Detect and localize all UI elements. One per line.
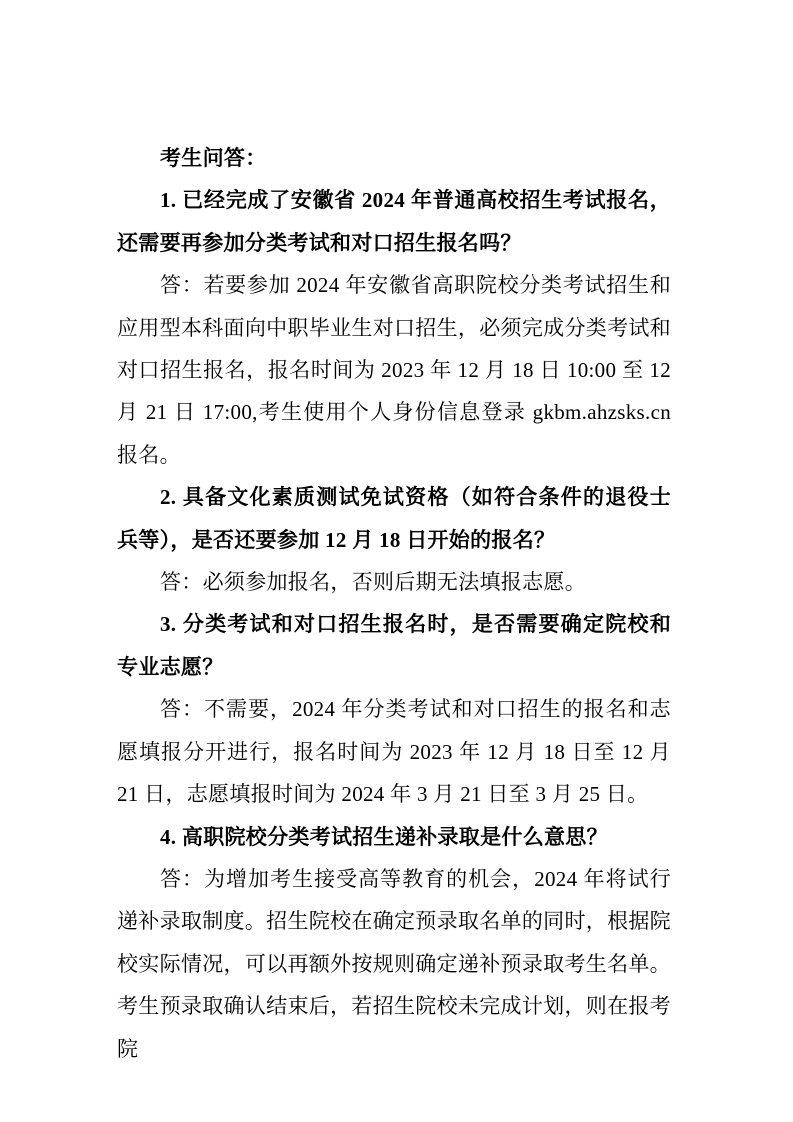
question-3: 3. 分类考试和对口招生报名时，是否需要确定院校和专业志愿？ <box>117 603 671 688</box>
answer-2: 答：必须参加报名，否则后期无法填报志愿。 <box>117 561 671 603</box>
question-4: 4. 高职院校分类考试招生递补录取是什么意思？ <box>117 816 671 858</box>
document-page: 考生问答： 1. 已经完成了安徽省 2024 年普通高校招生考试报名，还需要再参… <box>0 0 793 1122</box>
doc-title: 考生问答： <box>117 137 671 179</box>
question-1: 1. 已经完成了安徽省 2024 年普通高校招生考试报名，还需要再参加分类考试和… <box>117 179 671 264</box>
answer-3: 答：不需要，2024 年分类考试和对口招生的报名和志愿填报分开进行，报名时间为 … <box>117 688 671 815</box>
question-2: 2. 具备文化素质测试免试资格（如符合条件的退役士兵等），是否还要参加 12 月… <box>117 476 671 561</box>
answer-4: 答：为增加考生接受高等教育的机会，2024 年将试行递补录取制度。招生院校在确定… <box>117 858 671 1070</box>
document-content: 考生问答： 1. 已经完成了安徽省 2024 年普通高校招生考试报名，还需要再参… <box>117 137 671 1070</box>
answer-1: 答：若要参加 2024 年安徽省高职院校分类考试招生和应用型本科面向中职毕业生对… <box>117 264 671 476</box>
